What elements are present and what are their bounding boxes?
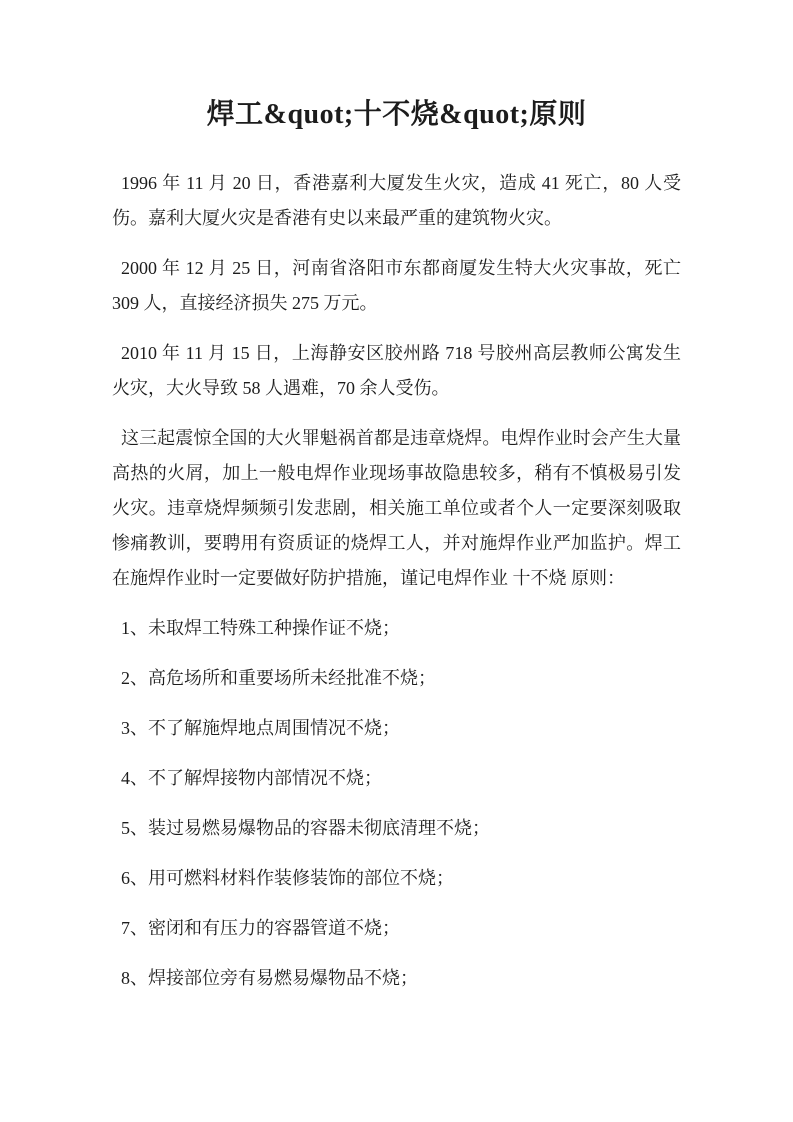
document-page: 焊工&quot;十不烧&quot;原则 1996 年 11 月 20 日，香港嘉… — [0, 0, 793, 1122]
list-item-1: 1、未取焊工特殊工种操作证不烧； — [112, 611, 681, 646]
principles-list: 1、未取焊工特殊工种操作证不烧； 2、高危场所和重要场所未经批准不烧； 3、不了… — [112, 611, 681, 996]
paragraph-incident-2010: 2010 年 11 月 15 日，上海静安区胶州路 718 号胶州高层教师公寓发… — [112, 336, 681, 406]
list-item-3: 3、不了解施焊地点周围情况不烧； — [112, 711, 681, 746]
list-item-2: 2、高危场所和重要场所未经批准不烧； — [112, 661, 681, 696]
list-item-6: 6、用可燃料材料作装修装饰的部位不烧； — [112, 861, 681, 896]
list-item-7: 7、密闭和有压力的容器管道不烧； — [112, 911, 681, 946]
list-item-5: 5、装过易燃易爆物品的容器未彻底清理不烧； — [112, 811, 681, 846]
paragraph-incident-1996: 1996 年 11 月 20 日，香港嘉利大厦发生火灾，造成 41 死亡，80 … — [112, 166, 681, 236]
list-item-8: 8、焊接部位旁有易燃易爆物品不烧； — [112, 961, 681, 996]
paragraph-incident-2000: 2000 年 12 月 25 日，河南省洛阳市东都商厦发生特大火灾事故，死亡 3… — [112, 251, 681, 321]
document-title: 焊工&quot;十不烧&quot;原则 — [112, 94, 681, 136]
list-item-4: 4、不了解焊接物内部情况不烧； — [112, 761, 681, 796]
paragraph-summary: 这三起震惊全国的大火罪魁祸首都是违章烧焊。电焊作业时会产生大量高热的火屑，加上一… — [112, 421, 681, 596]
